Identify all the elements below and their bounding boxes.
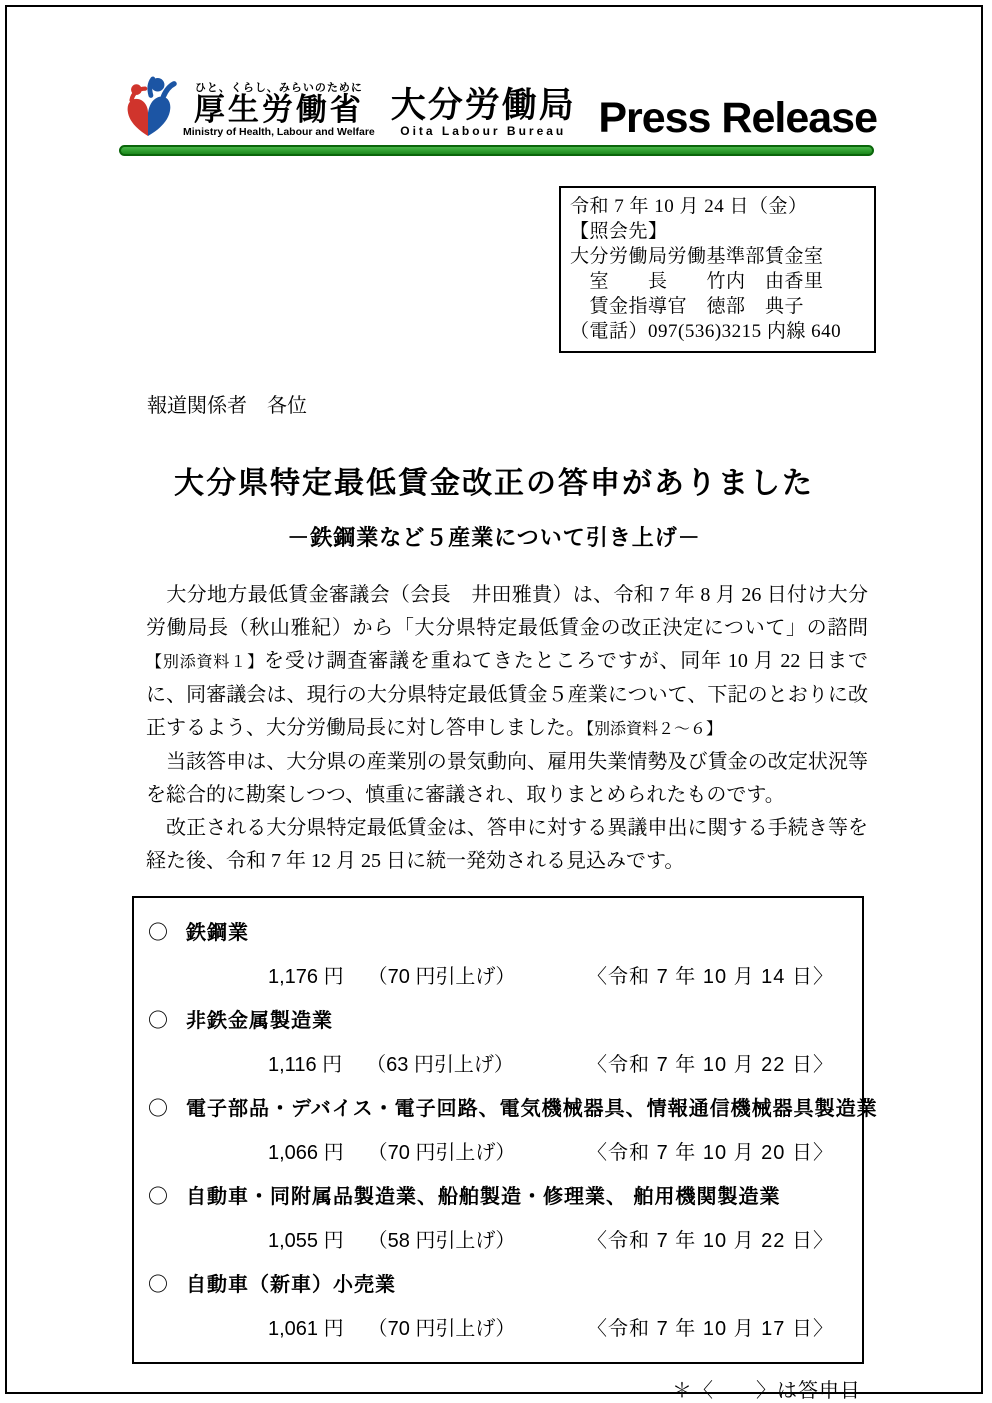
contact-box: 令和 7 年 10 月 24 日（金） 【照会先】 大分労働局労働基準部賃金室 …: [559, 186, 876, 353]
list-item-values: 1,055 円 （58 円引上げ） 〈令和 7 年 10 月 22 日〉: [148, 1216, 834, 1260]
page-subtitle: －鉄鋼業など５産業について引き上げ－: [7, 521, 981, 552]
wage-raise: （70 円引上げ）: [368, 960, 516, 989]
press-release-sheet: ひと、くらし、みらいのために 厚生労働省 Ministry of Health,…: [5, 5, 983, 1394]
list-item-industry: 〇 自動車・同附属品製造業、船舶製造・修理業、 舶用機関製造業: [148, 1172, 834, 1216]
list-item-industry: 〇 鉄鋼業: [148, 908, 834, 952]
salutation: 報道関係者 各位: [147, 389, 981, 418]
wage-amount: 1,116 円: [268, 1048, 342, 1077]
industry-name: 鉄鋼業: [186, 916, 249, 945]
report-date: 〈令和 7 年 10 月 22 日〉: [587, 1048, 834, 1077]
attachment-ref-1: 【別添資料１】: [146, 654, 264, 671]
wage-amount: 1,061 円: [268, 1312, 344, 1341]
bureau-block: 大分労働局 Oita Labour Bureau: [391, 88, 576, 139]
wage-raise: （58 円引上げ）: [368, 1224, 516, 1253]
list-item-values: 1,176 円 （70 円引上げ） 〈令和 7 年 10 月 14 日〉: [148, 952, 834, 996]
body-text: 大分地方最低賃金審議会（会長 井田雅貴）は、令和 7 年 8 月 26 日付け大…: [146, 579, 868, 878]
wage-amount: 1,176 円: [268, 960, 344, 989]
list-item-industry: 〇 電子部品・デバイス・電子回路、電気機械器具、情報通信機械器具製造業: [148, 1084, 834, 1128]
wage-list-box: 〇 鉄鋼業 1,176 円 （70 円引上げ） 〈令和 7 年 10 月 14 …: [132, 896, 864, 1364]
report-date: 〈令和 7 年 10 月 20 日〉: [587, 1136, 834, 1165]
wage-raise: （63 円引上げ）: [366, 1048, 514, 1077]
circle-bullet-icon: 〇: [148, 1092, 168, 1121]
bureau-name: 大分労働局: [391, 88, 576, 123]
contact-phone: （電話）097(536)3215 内線 640: [570, 319, 865, 344]
paragraph-3: 改正される大分県特定最低賃金は、答申に対する異議申出に関する手続き等を経た後、令…: [146, 812, 868, 878]
report-date: 〈令和 7 年 10 月 14 日〉: [587, 960, 834, 989]
wage-amount: 1,055 円: [268, 1224, 344, 1253]
page-title: 大分県特定最低賃金改正の答申がありました: [7, 458, 981, 502]
list-item-values: 1,116 円 （63 円引上げ） 〈令和 7 年 10 月 22 日〉: [148, 1040, 834, 1084]
paragraph-1: 大分地方最低賃金審議会（会長 井田雅貴）は、令和 7 年 8 月 26 日付け大…: [146, 579, 868, 746]
industry-name: 電子部品・デバイス・電子回路、電気機械器具、情報通信機械器具製造業: [186, 1092, 878, 1121]
list-item-industry: 〇 非鉄金属製造業: [148, 996, 834, 1040]
wage-raise: （70 円引上げ）: [368, 1312, 516, 1341]
inquiry-label: 【照会先】: [570, 219, 865, 244]
report-date: 〈令和 7 年 10 月 17 日〉: [587, 1312, 834, 1341]
industry-name: 自動車・同附属品製造業、船舶製造・修理業、 舶用機関製造業: [186, 1180, 781, 1209]
list-item-values: 1,066 円 （70 円引上げ） 〈令和 7 年 10 月 20 日〉: [148, 1128, 834, 1172]
release-date: 令和 7 年 10 月 24 日（金）: [570, 194, 865, 219]
footnote: ＊〈 〉は答申日: [7, 1374, 861, 1403]
ministry-block: ひと、くらし、みらいのために 厚生労働省 Ministry of Health,…: [183, 83, 375, 139]
paragraph-2: 当該答申は、大分県の産業別の景気動向、雇用失業情勢及び賃金の改定状況等を総合的に…: [146, 746, 868, 812]
wage-amount: 1,066 円: [268, 1136, 344, 1165]
paragraph-1-text: 大分地方最低賃金審議会（会長 井田雅貴）は、令和 7 年 8 月 26 日付け大…: [146, 584, 868, 639]
attachment-ref-2: 【別添資料２～６】: [586, 721, 722, 738]
green-divider: [119, 145, 874, 156]
industry-name: 自動車（新車）小売業: [186, 1268, 396, 1297]
circle-bullet-icon: 〇: [148, 916, 168, 945]
list-item-values: 1,061 円 （70 円引上げ） 〈令和 7 年 10 月 17 日〉: [148, 1304, 834, 1348]
circle-bullet-icon: 〇: [148, 1004, 168, 1033]
circle-bullet-icon: 〇: [148, 1268, 168, 1297]
report-date: 〈令和 7 年 10 月 22 日〉: [587, 1224, 834, 1253]
contact-officer: 賃金指導官 徳部 典子: [570, 294, 865, 319]
wage-raise: （70 円引上げ）: [368, 1136, 516, 1165]
mhlw-logo-icon: [119, 75, 177, 139]
circle-bullet-icon: 〇: [148, 1180, 168, 1209]
industry-name: 非鉄金属製造業: [186, 1004, 333, 1033]
ministry-name: 厚生労働省: [183, 94, 375, 127]
contact-office: 大分労働局労働基準部賃金室: [570, 244, 865, 269]
list-item-industry: 〇 自動車（新車）小売業: [148, 1260, 834, 1304]
contact-chief: 室 長 竹内 由香里: [570, 269, 865, 294]
header: ひと、くらし、みらいのために 厚生労働省 Ministry of Health,…: [119, 73, 877, 139]
bureau-name-en: Oita Labour Bureau: [391, 125, 576, 137]
ministry-name-en: Ministry of Health, Labour and Welfare: [183, 127, 375, 138]
press-release-label: Press Release: [598, 98, 877, 139]
